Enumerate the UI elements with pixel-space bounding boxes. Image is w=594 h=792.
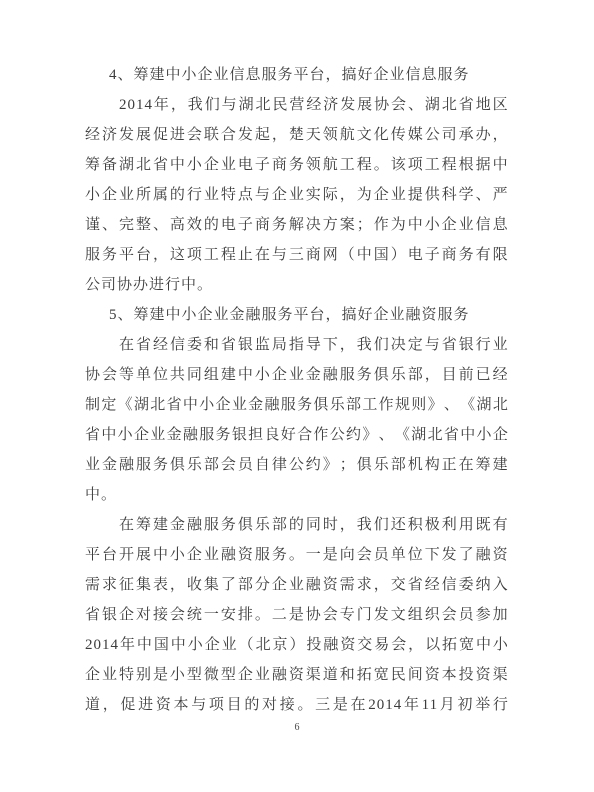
text-glyph: ，	[340, 330, 356, 360]
text-glyph: 部	[408, 360, 424, 390]
text-glyph: 中	[460, 420, 476, 450]
text-glyph: 经	[425, 570, 441, 600]
text-glyph: 北	[136, 150, 152, 180]
text-glyph: 北	[256, 90, 272, 120]
text-glyph: 民	[272, 90, 288, 120]
text-glyph: 定	[101, 390, 117, 420]
text-glyph: 小	[255, 360, 271, 390]
text-glyph: 指	[289, 330, 305, 360]
text-glyph: 征	[119, 570, 135, 600]
text-glyph: 务	[459, 240, 475, 270]
text-glyph: 特	[119, 660, 135, 690]
text-glyph: 会	[221, 450, 237, 480]
text-glyph: 学	[459, 180, 475, 210]
text-glyph: 务	[272, 540, 288, 570]
text-glyph: 融	[119, 450, 135, 480]
text-glyph: 小	[477, 420, 493, 450]
text-glyph: 企	[134, 420, 150, 450]
text-glyph: 业	[221, 150, 237, 180]
text-glyph: 拓	[442, 630, 458, 660]
text-glyph: 部	[272, 510, 288, 540]
text-glyph: 根	[459, 150, 475, 180]
text-glyph: ，	[408, 630, 424, 660]
document-page: 4、筹建中小企业信息服务平台，搞好企业信息服务2014年，我们与湖北民营经济发展…	[0, 0, 594, 792]
text-glyph: 子	[425, 240, 441, 270]
text-glyph: 所	[136, 180, 152, 210]
text-glyph: 省	[442, 330, 458, 360]
text-line: 中。	[85, 480, 509, 510]
text-glyph: 良	[264, 420, 280, 450]
text-glyph: 还	[391, 510, 407, 540]
text-line: 平台开展中小企业融资服务。一是向会员单位下发了融资	[85, 540, 509, 570]
text-glyph: 目	[227, 690, 243, 720]
text-glyph: 地	[476, 90, 492, 120]
text-line: 2014年中国中小企业（北京）投融资交易会，以拓宽中小	[85, 630, 509, 660]
text-glyph: 对	[262, 690, 278, 720]
text-glyph: 监	[255, 330, 271, 360]
text-line: 业金融服务俱乐部会员自律公约》；俱乐部机构正在筹建	[85, 450, 509, 480]
text-glyph: 楚	[289, 120, 305, 150]
text-glyph: 的	[170, 180, 186, 210]
text-glyph: 企	[205, 630, 221, 660]
text-glyph: 息	[493, 210, 509, 240]
text-line: 制定《湖北省中小企业金融服务俱乐部工作规则》、《湖北	[85, 390, 509, 420]
text-glyph: 在	[119, 510, 135, 540]
text-glyph: 济	[323, 90, 339, 120]
text-glyph: 加	[493, 600, 509, 630]
text-glyph: 务	[272, 210, 288, 240]
text-glyph: 项	[187, 240, 203, 270]
text-glyph: 北	[493, 390, 509, 420]
text-glyph: 与	[425, 330, 441, 360]
text-glyph: 的	[204, 210, 220, 240]
text-glyph: 。	[297, 690, 313, 720]
text-glyph: 文	[391, 600, 407, 630]
text-glyph: 本	[442, 660, 458, 690]
text-glyph: 实	[306, 180, 322, 210]
text-glyph: 我	[357, 330, 373, 360]
text-glyph: 向	[340, 540, 356, 570]
text-glyph: 需	[340, 570, 356, 600]
text-glyph: ，	[171, 90, 187, 120]
text-glyph: 们	[374, 330, 390, 360]
text-glyph: 在	[119, 330, 135, 360]
text-glyph: 一	[204, 600, 220, 630]
text-glyph: 提	[408, 180, 424, 210]
text-glyph: 工	[362, 390, 378, 420]
text-glyph: 湖	[411, 420, 427, 450]
text-glyph: 完	[119, 210, 135, 240]
text-glyph: 航	[323, 150, 339, 180]
text-glyph: 小	[188, 630, 204, 660]
text-glyph: 在	[459, 450, 475, 480]
text-glyph: 业	[204, 180, 220, 210]
text-glyph: 服	[85, 240, 101, 270]
text-glyph: 融	[476, 540, 492, 570]
text-line: 道，促进资本与项目的对接。三是在2014年11月初举行	[85, 690, 509, 720]
text-glyph: 员	[459, 600, 475, 630]
text-glyph: 北	[428, 420, 444, 450]
text-glyph: 金	[306, 360, 322, 390]
text-glyph: 作	[374, 210, 390, 240]
text-glyph: 小	[85, 180, 101, 210]
text-glyph: 中	[170, 150, 186, 180]
text-glyph: 止	[238, 240, 254, 270]
text-glyph: 中	[153, 540, 169, 570]
text-glyph: 了	[221, 570, 237, 600]
text-glyph: 参	[476, 600, 492, 630]
text-glyph: 金	[170, 510, 186, 540]
text-glyph: 、	[476, 180, 492, 210]
text-glyph: ，	[493, 120, 509, 150]
text-glyph: 湖	[477, 390, 493, 420]
text-glyph: 企	[102, 180, 118, 210]
text-glyph: 共	[170, 360, 186, 390]
text-glyph: 微	[204, 660, 220, 690]
text-glyph: 服	[281, 390, 297, 420]
text-glyph: ，	[425, 360, 441, 390]
text-glyph: 我	[188, 90, 204, 120]
text-glyph: 展	[357, 90, 373, 120]
text-glyph: 2014	[368, 690, 402, 720]
text-glyph: 型	[187, 660, 203, 690]
text-glyph: 有	[476, 240, 492, 270]
text-glyph: 企	[216, 390, 232, 420]
text-line: 服务平台，这项工程止在与三商网（中国）电子商务有限	[85, 240, 509, 270]
text-glyph: 极	[425, 510, 441, 540]
text-glyph: 担	[248, 420, 264, 450]
text-glyph: 本	[174, 690, 190, 720]
text-glyph: 建	[493, 450, 509, 480]
text-glyph: 湖	[119, 150, 135, 180]
text-glyph: 位	[408, 540, 424, 570]
text-glyph: 融	[306, 570, 322, 600]
text-glyph: 资	[238, 540, 254, 570]
text-glyph: 融	[272, 660, 288, 690]
text-glyph: 承	[459, 120, 475, 150]
text-glyph: 该	[391, 150, 407, 180]
text-line: 企业特别是小型微型企业融资渠道和拓宽民间资本投资渠	[85, 660, 509, 690]
text-glyph: 筹	[85, 150, 101, 180]
text-glyph: 利	[442, 510, 458, 540]
text-glyph: 北	[442, 90, 458, 120]
text-glyph: 业	[289, 180, 305, 210]
text-glyph: 一	[306, 540, 322, 570]
text-glyph: 服	[255, 540, 271, 570]
text-glyph: 已	[476, 360, 492, 390]
text-glyph: 以	[425, 630, 441, 660]
text-glyph: 联	[204, 120, 220, 150]
text-glyph: 务	[216, 420, 232, 450]
text-glyph: 工	[204, 240, 220, 270]
text-glyph: 小	[170, 540, 186, 570]
text-glyph: 》	[362, 420, 378, 450]
text-glyph: 领	[323, 120, 339, 150]
text-glyph: 规	[395, 390, 411, 420]
text-line: 筹备湖北省中小企业电子商务领航工程。该项工程根据中	[85, 150, 509, 180]
text-glyph: 展	[136, 540, 152, 570]
text-glyph: ，	[340, 180, 356, 210]
text-glyph: 有	[493, 510, 509, 540]
text-glyph: 特	[221, 180, 237, 210]
text-glyph: 交	[391, 570, 407, 600]
text-line: 公司协办进行中。	[85, 270, 509, 300]
text-glyph: 乐	[255, 510, 271, 540]
text-glyph: 属	[153, 180, 169, 210]
text-glyph: 部	[238, 570, 254, 600]
text-glyph: 严	[493, 180, 509, 210]
text-glyph: 和	[340, 660, 356, 690]
text-glyph: 。	[255, 600, 271, 630]
text-glyph: 11	[422, 690, 438, 720]
text-glyph: 高	[170, 210, 186, 240]
text-glyph: 企	[238, 660, 254, 690]
text-glyph: 经	[493, 360, 509, 390]
text-glyph: ，	[374, 570, 390, 600]
text-glyph: 国	[154, 630, 170, 660]
text-glyph: 民	[391, 660, 407, 690]
text-glyph: 资	[156, 690, 172, 720]
text-glyph: 金	[102, 450, 118, 480]
text-glyph: 谨	[85, 210, 101, 240]
text-glyph: 务	[289, 150, 305, 180]
text-glyph: ，	[170, 570, 186, 600]
text-glyph: 银	[459, 330, 475, 360]
text-glyph: 俱	[357, 450, 373, 480]
text-glyph: 合	[297, 420, 313, 450]
text-glyph: 业	[289, 360, 305, 390]
text-glyph: 商	[255, 210, 271, 240]
text-glyph: 公	[330, 420, 346, 450]
text-glyph: 化	[374, 120, 390, 150]
text-glyph: 业	[289, 570, 305, 600]
text-glyph: 务	[153, 450, 169, 480]
text-glyph: 发	[238, 120, 254, 150]
text-glyph: 银	[232, 420, 248, 450]
text-glyph: 电	[221, 210, 237, 240]
text-glyph: 小	[170, 660, 186, 690]
text-glyph: 文	[357, 120, 373, 150]
text-glyph: 传	[391, 120, 407, 150]
text-glyph: 项	[209, 690, 225, 720]
text-glyph: 公	[289, 450, 305, 480]
text-glyph: 了	[459, 540, 475, 570]
text-glyph: 企	[272, 570, 288, 600]
text-glyph: 中	[171, 630, 187, 660]
text-glyph: 经	[153, 330, 169, 360]
text-glyph: 企	[272, 180, 288, 210]
text-glyph: 金	[248, 390, 264, 420]
text-glyph: 、	[153, 210, 169, 240]
text-glyph: 解	[289, 210, 305, 240]
text-glyph: 和	[204, 330, 220, 360]
text-glyph: ，	[340, 510, 356, 540]
text-glyph: 组	[204, 360, 220, 390]
text-line: 在省经信委和省银监局指导下，我们决定与省银行业	[85, 330, 509, 360]
text-glyph: 中	[101, 420, 117, 450]
text-glyph: 建	[153, 510, 169, 540]
text-glyph: 效	[187, 210, 203, 240]
text-glyph: 。	[374, 150, 390, 180]
text-glyph: 》	[428, 390, 444, 420]
text-glyph: 部	[391, 450, 407, 480]
text-glyph: 融	[183, 420, 199, 450]
text-glyph: 乐	[187, 450, 203, 480]
text-glyph: 2014	[85, 630, 119, 660]
text-glyph: 们	[205, 90, 221, 120]
text-glyph: 展	[136, 120, 152, 150]
text-glyph: 、	[379, 420, 395, 450]
text-glyph: 省	[444, 420, 460, 450]
text-glyph: 促	[120, 690, 136, 720]
text-glyph: 同	[306, 510, 322, 540]
text-line: 经济发展促进会联合发起，楚天领航文化传媒公司承办，	[85, 120, 509, 150]
text-glyph: 投	[306, 630, 322, 660]
text-glyph: 省	[459, 90, 475, 120]
text-line: 谨、完整、高效的电子商务解决方案；作为中小企业信息	[85, 210, 509, 240]
text-glyph: 约	[346, 420, 362, 450]
text-glyph: 企	[85, 660, 101, 690]
text-glyph: 中	[238, 360, 254, 390]
text-glyph: 入	[493, 570, 509, 600]
text-glyph: 年	[120, 630, 136, 660]
text-glyph: 与	[191, 690, 207, 720]
text-glyph: 商	[272, 150, 288, 180]
text-glyph: 目	[442, 360, 458, 390]
text-glyph: 年	[154, 90, 170, 120]
text-glyph: 业	[459, 210, 475, 240]
text-glyph: 会	[323, 600, 339, 630]
text-glyph: 初	[457, 690, 473, 720]
document-body: 4、筹建中小企业信息服务平台，搞好企业信息服务2014年，我们与湖北民营经济发展…	[85, 60, 509, 720]
text-glyph: 企	[204, 150, 220, 180]
text-glyph: 小	[118, 420, 134, 450]
text-glyph: 务	[357, 360, 373, 390]
text-glyph: 备	[102, 150, 118, 180]
text-glyph: 中	[408, 210, 424, 240]
text-glyph: 融	[187, 510, 203, 540]
text-glyph: 企	[374, 180, 390, 210]
text-line: 小企业所属的行业特点与企业实际，为企业提供科学、严	[85, 180, 509, 210]
text-glyph: 等	[119, 360, 135, 390]
text-glyph: 分	[255, 570, 271, 600]
text-glyph: 区	[493, 90, 509, 120]
section-heading: 5、筹建中小企业金融服务平台，搞好企业融资服务	[85, 300, 509, 330]
text-glyph: 媒	[408, 120, 424, 150]
text-glyph: 领	[306, 150, 322, 180]
text-glyph: 服	[204, 510, 220, 540]
text-glyph: 业	[391, 180, 407, 210]
text-glyph: 开	[119, 540, 135, 570]
text-glyph: 会	[187, 120, 203, 150]
text-glyph: 北	[256, 630, 272, 660]
text-glyph: 发	[340, 90, 356, 120]
text-glyph: 银	[238, 330, 254, 360]
text-glyph: 型	[221, 660, 237, 690]
text-glyph: 发	[374, 600, 390, 630]
text-glyph: 会	[357, 540, 373, 570]
text-glyph: （	[340, 240, 356, 270]
text-glyph: 业	[255, 660, 271, 690]
text-glyph: 金	[167, 420, 183, 450]
text-glyph: 办	[476, 120, 492, 150]
text-glyph: 约	[306, 450, 322, 480]
text-glyph: 点	[238, 180, 254, 210]
text-glyph: 发	[119, 120, 135, 150]
text-glyph: 银	[102, 600, 118, 630]
text-glyph: 、	[444, 390, 460, 420]
text-glyph: 位	[153, 360, 169, 390]
text-glyph: 渠	[493, 660, 509, 690]
text-glyph: 方	[323, 210, 339, 240]
text-glyph: 项	[408, 150, 424, 180]
text-glyph: 专	[340, 600, 356, 630]
text-glyph: 排	[238, 600, 254, 630]
text-glyph: 局	[272, 330, 288, 360]
text-glyph: 湖	[425, 90, 441, 120]
text-glyph: 商	[306, 240, 322, 270]
text-glyph: 二	[272, 600, 288, 630]
text-glyph: 接	[280, 690, 296, 720]
text-glyph: 律	[272, 450, 288, 480]
text-glyph: 的	[244, 690, 260, 720]
text-glyph: 程	[221, 240, 237, 270]
text-glyph: 表	[153, 570, 169, 600]
text-glyph: 收	[187, 570, 203, 600]
text-glyph: 京	[273, 630, 289, 660]
text-glyph: 自	[255, 450, 271, 480]
text-glyph: 机	[408, 450, 424, 480]
text-glyph: 集	[204, 570, 220, 600]
text-glyph: 交	[357, 630, 373, 660]
text-glyph: 进	[138, 690, 154, 720]
text-glyph: 》	[323, 450, 339, 480]
text-glyph: 企	[187, 540, 203, 570]
text-glyph: 投	[459, 660, 475, 690]
text-glyph: 航	[340, 120, 356, 150]
text-glyph: 省	[408, 570, 424, 600]
text-glyph: 资	[425, 660, 441, 690]
text-glyph: 业	[119, 180, 135, 210]
text-glyph: 台	[102, 540, 118, 570]
text-glyph: 企	[272, 360, 288, 390]
text-glyph: 行	[187, 180, 203, 210]
text-line: 省中小企业金融服务银担良好合作公约》、《湖北省中小企	[85, 420, 509, 450]
text-glyph: ；	[357, 210, 373, 240]
text-glyph: 业	[204, 540, 220, 570]
text-glyph: 经	[85, 120, 101, 150]
text-glyph: 的	[289, 510, 305, 540]
text-glyph: 信	[476, 210, 492, 240]
text-glyph: 则	[411, 390, 427, 420]
text-glyph: 既	[476, 510, 492, 540]
text-glyph: 对	[136, 600, 152, 630]
text-glyph: 营	[289, 90, 305, 120]
text-glyph: 平	[119, 240, 135, 270]
text-glyph: 资	[323, 570, 339, 600]
text-glyph: 构	[425, 450, 441, 480]
text-glyph: 中	[137, 630, 153, 660]
text-glyph: 服	[340, 360, 356, 390]
text-glyph: 正	[442, 450, 458, 480]
text-glyph: 合	[221, 120, 237, 150]
text-glyph: 导	[306, 330, 322, 360]
text-glyph: 《	[118, 390, 134, 420]
text-glyph: 企	[119, 600, 135, 630]
text-glyph: 俱	[374, 360, 390, 390]
text-glyph: 小	[425, 210, 441, 240]
text-glyph: 制	[85, 390, 101, 420]
